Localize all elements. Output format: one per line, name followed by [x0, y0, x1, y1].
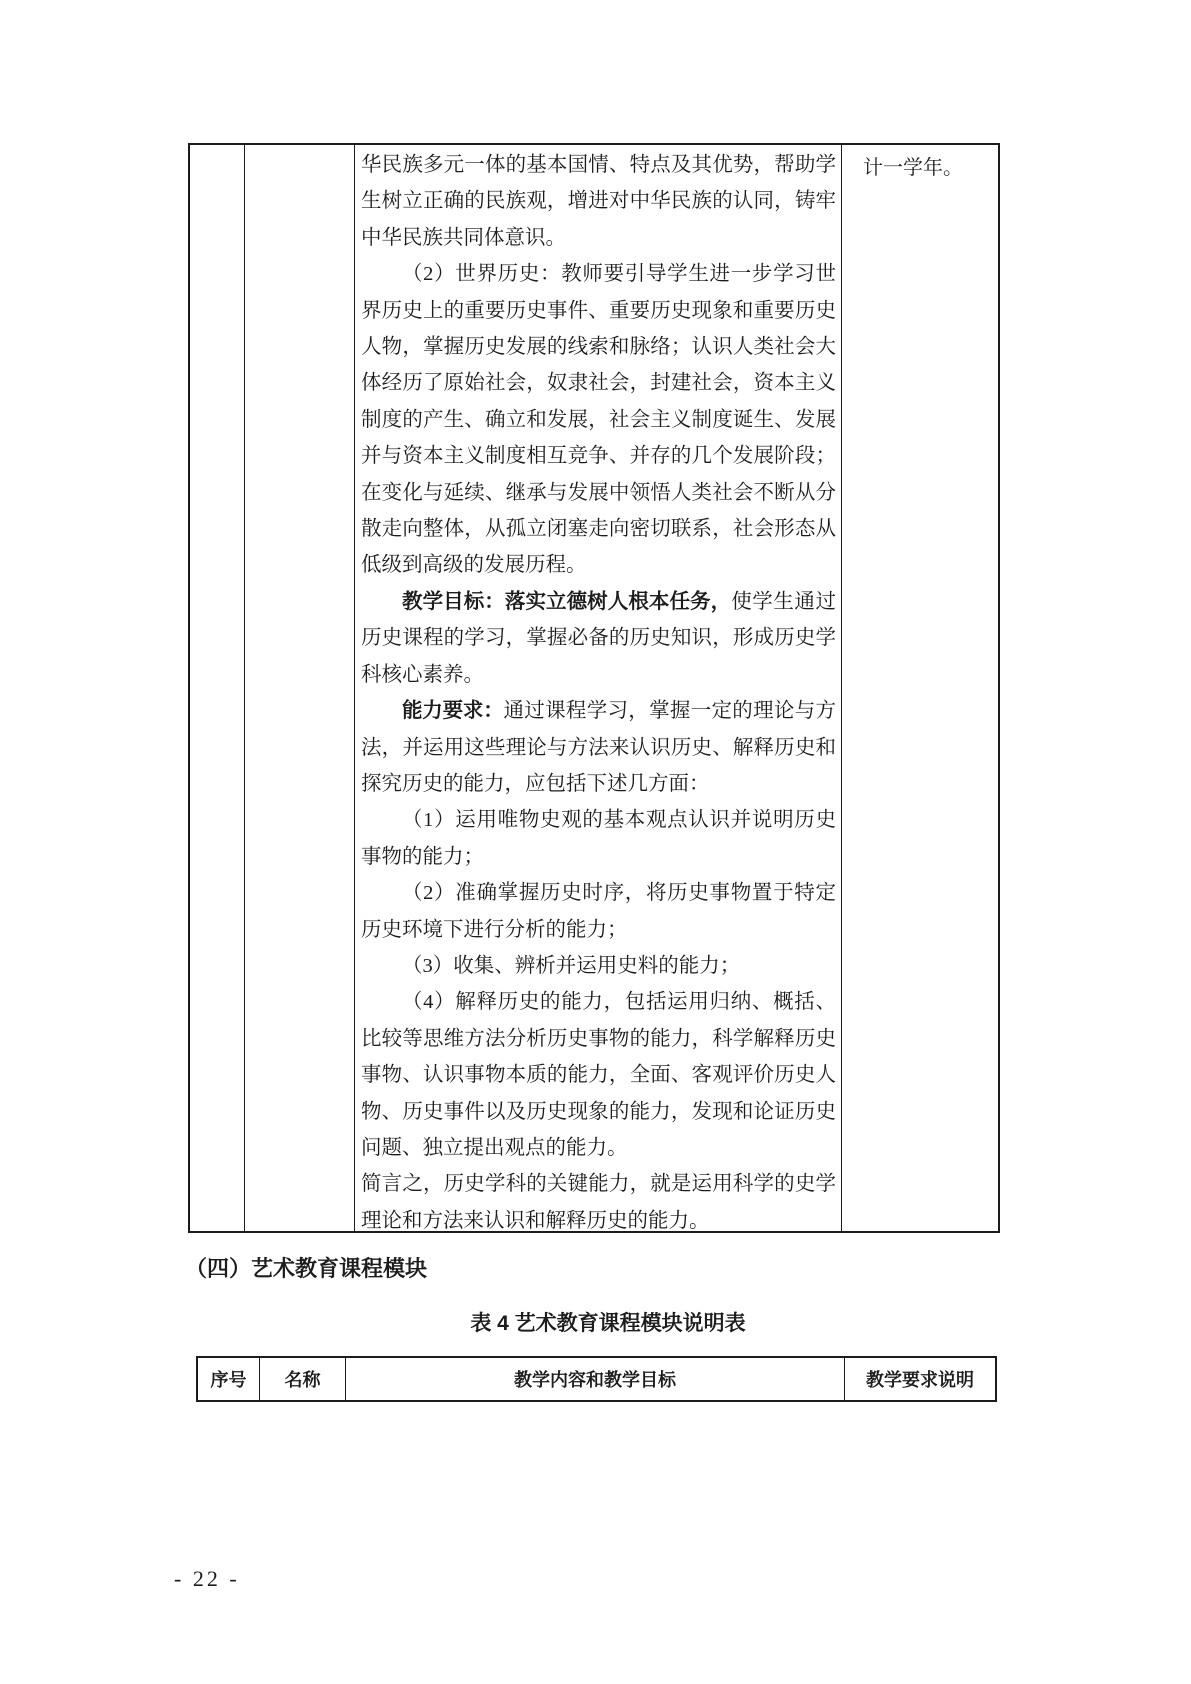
content-paragraph: （2）准确掌握历史时序，将历史事物置于特定历史环境下进行分析的能力； — [361, 875, 836, 948]
header-cell-name: 名称 — [260, 1358, 346, 1400]
ability-requirement-label: 能力要求： — [402, 699, 504, 722]
content-paragraph: 简言之，历史学科的关键能力，就是运用科学的史学理论和方法来认识和解释历史的能力。 — [361, 1166, 836, 1231]
teaching-goal-label: 教学目标：落实立德树人根本任务， — [402, 590, 731, 613]
content-paragraph: 华民族多元一体的基本国情、特点及其优势，帮助学生树立正确的民族观，增进对中华民族… — [361, 147, 836, 256]
content-paragraph: （2）世界历史：教师要引导学生进一步学习世界历史上的重要历史事件、重要历史现象和… — [361, 256, 836, 584]
content-paragraph: （1）运用唯物史观的基本观点认识并说明历史事物的能力； — [361, 802, 836, 875]
teaching-requirement-cell: 计一学年。 — [842, 145, 998, 1231]
content-paragraph: （3）收集、辨析并运用史料的能力； — [361, 948, 836, 984]
seq-cell-empty — [190, 145, 245, 1231]
content-paragraph: （4）解释历史的能力，包括运用归纳、概括、比较等思维方法分析历史事物的能力，科学… — [361, 984, 836, 1166]
header-cell-content: 教学内容和教学目标 — [346, 1358, 845, 1400]
section-heading: （四）艺术教育课程模块 — [185, 1254, 427, 1284]
history-curriculum-table: 华民族多元一体的基本国情、特点及其优势，帮助学生树立正确的民族观，增进对中华民族… — [188, 143, 1000, 1233]
duration-note: 计一学年。 — [863, 151, 990, 185]
header-cell-seq: 序号 — [198, 1358, 260, 1400]
teaching-content-cell: 华民族多元一体的基本国情、特点及其优势，帮助学生树立正确的民族观，增进对中华民族… — [355, 145, 842, 1231]
module-table-header-row: 序号 名称 教学内容和教学目标 教学要求说明 — [196, 1356, 997, 1402]
table-caption: 表 4 艺术教育课程模块说明表 — [188, 1310, 1028, 1338]
content-paragraph: 教学目标：落实立德树人根本任务，使学生通过历史课程的学习，掌握必备的历史知识，形… — [361, 584, 836, 693]
name-cell-empty — [245, 145, 355, 1231]
document-page: 华民族多元一体的基本国情、特点及其优势，帮助学生树立正确的民族观，增进对中华民族… — [0, 0, 1191, 1684]
content-paragraph: 能力要求：通过课程学习，掌握一定的理论与方法，并运用这些理论与方法来认识历史、解… — [361, 693, 836, 802]
header-cell-requirement: 教学要求说明 — [845, 1358, 995, 1400]
page-number: - 22 - — [174, 1566, 240, 1592]
